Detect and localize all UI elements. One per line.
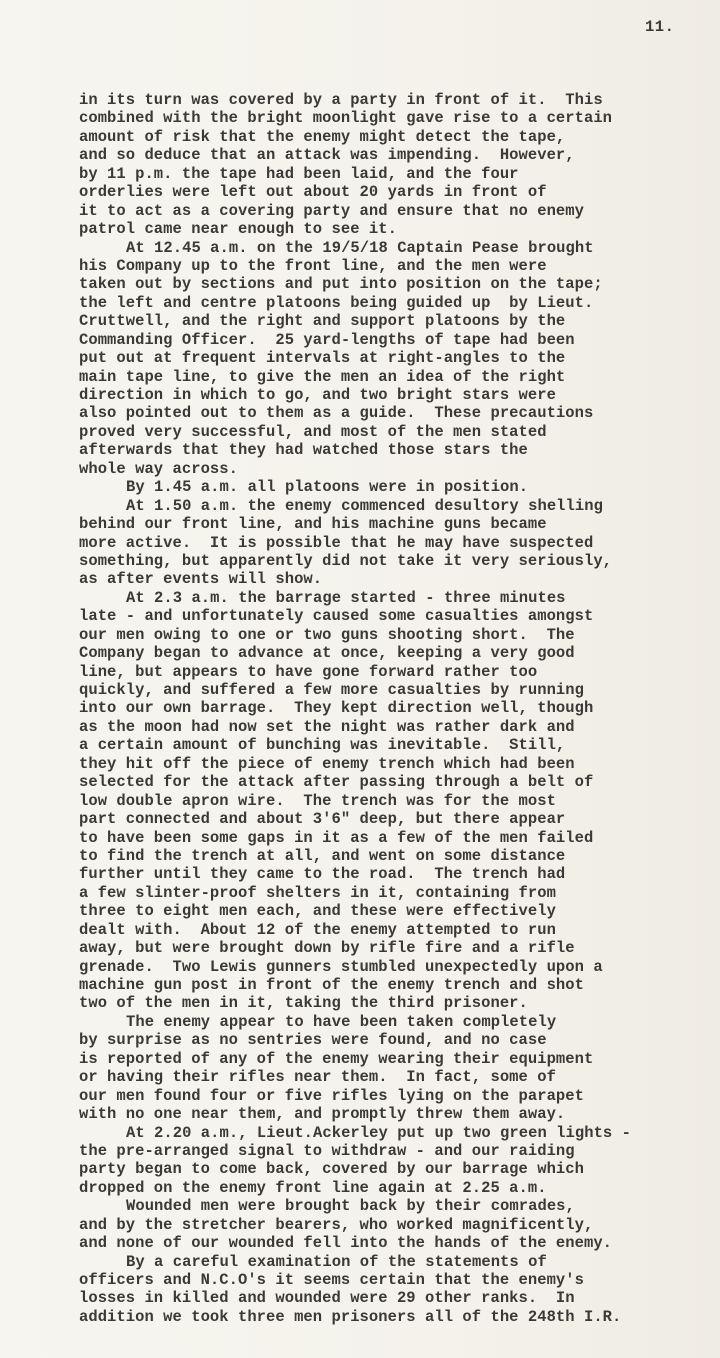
text-line: dealt with. About 12 of the enemy attemp… [79,921,719,939]
text-line: with no one near them, and promptly thre… [79,1105,719,1123]
text-line: taken out by sections and put into posit… [79,275,719,293]
text-line: amount of risk that the enemy might dete… [79,128,719,146]
text-line: something, but apparently did not take i… [79,552,719,570]
paragraph-first-line: At 2.3 a.m. the barrage started - three … [79,589,719,607]
paragraph-first-line: Wounded men were brought back by their c… [79,1197,719,1215]
text-line: and so deduce that an attack was impendi… [79,146,719,164]
text-line: selected for the attack after passing th… [79,773,719,791]
text-line: direction in which to go, and two bright… [79,386,719,404]
text-line: line, but appears to have gone forward r… [79,663,719,681]
text-line: party began to come back, covered by our… [79,1160,719,1178]
text-line: behind our front line, and his machine g… [79,515,719,533]
text-line: our men owing to one or two guns shootin… [79,626,719,644]
page-number: 11. [645,18,674,36]
text-line: they hit off the piece of enemy trench w… [79,755,719,773]
text-line: further until they came to the road. The… [79,865,719,883]
paragraph-first-line: By a careful examination of the statemen… [79,1253,719,1271]
text-line: main tape line, to give the men an idea … [79,368,719,386]
text-line: afterwards that they had watched those s… [79,441,719,459]
text-line: proved very successful, and most of the … [79,423,719,441]
paragraph-first-line: At 12.45 a.m. on the 19/5/18 Captain Pea… [79,239,719,257]
report-body-text: in its turn was covered by a party in fr… [79,91,719,1326]
text-line: orderlies were left out about 20 yards i… [79,183,719,201]
text-line: also pointed out to them as a guide. The… [79,404,719,422]
text-line: by 11 p.m. the tape had been laid, and t… [79,165,719,183]
text-line: to find the trench at all, and went on s… [79,847,719,865]
text-line: by surprise as no sentries were found, a… [79,1031,719,1049]
text-line: two of the men in it, taking the third p… [79,994,719,1012]
text-line: and none of our wounded fell into the ha… [79,1234,719,1252]
text-line: whole way across. [79,460,719,478]
text-line: away, but were brought down by rifle fir… [79,939,719,957]
text-line: the pre-arranged signal to withdraw - an… [79,1142,719,1160]
text-line: put out at frequent intervals at right-a… [79,349,719,367]
text-line: the left and centre platoons being guide… [79,294,719,312]
text-line: in its turn was covered by a party in fr… [79,91,719,109]
text-line: dropped on the enemy front line again at… [79,1179,719,1197]
text-line: part connected and about 3'6" deep, but … [79,810,719,828]
paragraph-first-line: At 2.20 a.m., Lieut.Ackerley put up two … [79,1124,719,1142]
text-line: a certain amount of bunching was inevita… [79,736,719,754]
text-line: a few slinter-proof shelters in it, cont… [79,884,719,902]
text-line: as after events will show. [79,570,719,588]
text-line: as the moon had now set the night was ra… [79,718,719,736]
paragraph-first-line: The enemy appear to have been taken comp… [79,1013,719,1031]
text-line: combined with the bright moonlight gave … [79,109,719,127]
text-line: late - and unfortunately caused some cas… [79,607,719,625]
text-line: his Company up to the front line, and th… [79,257,719,275]
text-line: more active. It is possible that he may … [79,534,719,552]
text-line: three to eight men each, and these were … [79,902,719,920]
paragraph-first-line: By 1.45 a.m. all platoons were in positi… [79,478,719,496]
text-line: Company began to advance at once, keepin… [79,644,719,662]
text-line: Commanding Officer. 25 yard-lengths of t… [79,331,719,349]
text-line: Cruttwell, and the right and support pla… [79,312,719,330]
text-line: grenade. Two Lewis gunners stumbled unex… [79,958,719,976]
text-line: addition we took three men prisoners all… [79,1308,719,1326]
text-line: and by the stretcher bearers, who worked… [79,1216,719,1234]
paragraph-first-line: At 1.50 a.m. the enemy commenced desulto… [79,497,719,515]
text-line: quickly, and suffered a few more casualt… [79,681,719,699]
text-line: officers and N.C.O's it seems certain th… [79,1271,719,1289]
typewritten-page: 11. in its turn was covered by a party i… [0,0,720,1358]
text-line: losses in killed and wounded were 29 oth… [79,1289,719,1307]
text-line: is reported of any of the enemy wearing … [79,1050,719,1068]
text-line: patrol came near enough to see it. [79,220,719,238]
text-line: it to act as a covering party and ensure… [79,202,719,220]
text-line: to have been some gaps in it as a few of… [79,829,719,847]
text-line: our men found four or five rifles lying … [79,1087,719,1105]
text-line: or having their rifles near them. In fac… [79,1068,719,1086]
text-line: low double apron wire. The trench was fo… [79,792,719,810]
text-line: into our own barrage. They kept directio… [79,699,719,717]
text-line: machine gun post in front of the enemy t… [79,976,719,994]
